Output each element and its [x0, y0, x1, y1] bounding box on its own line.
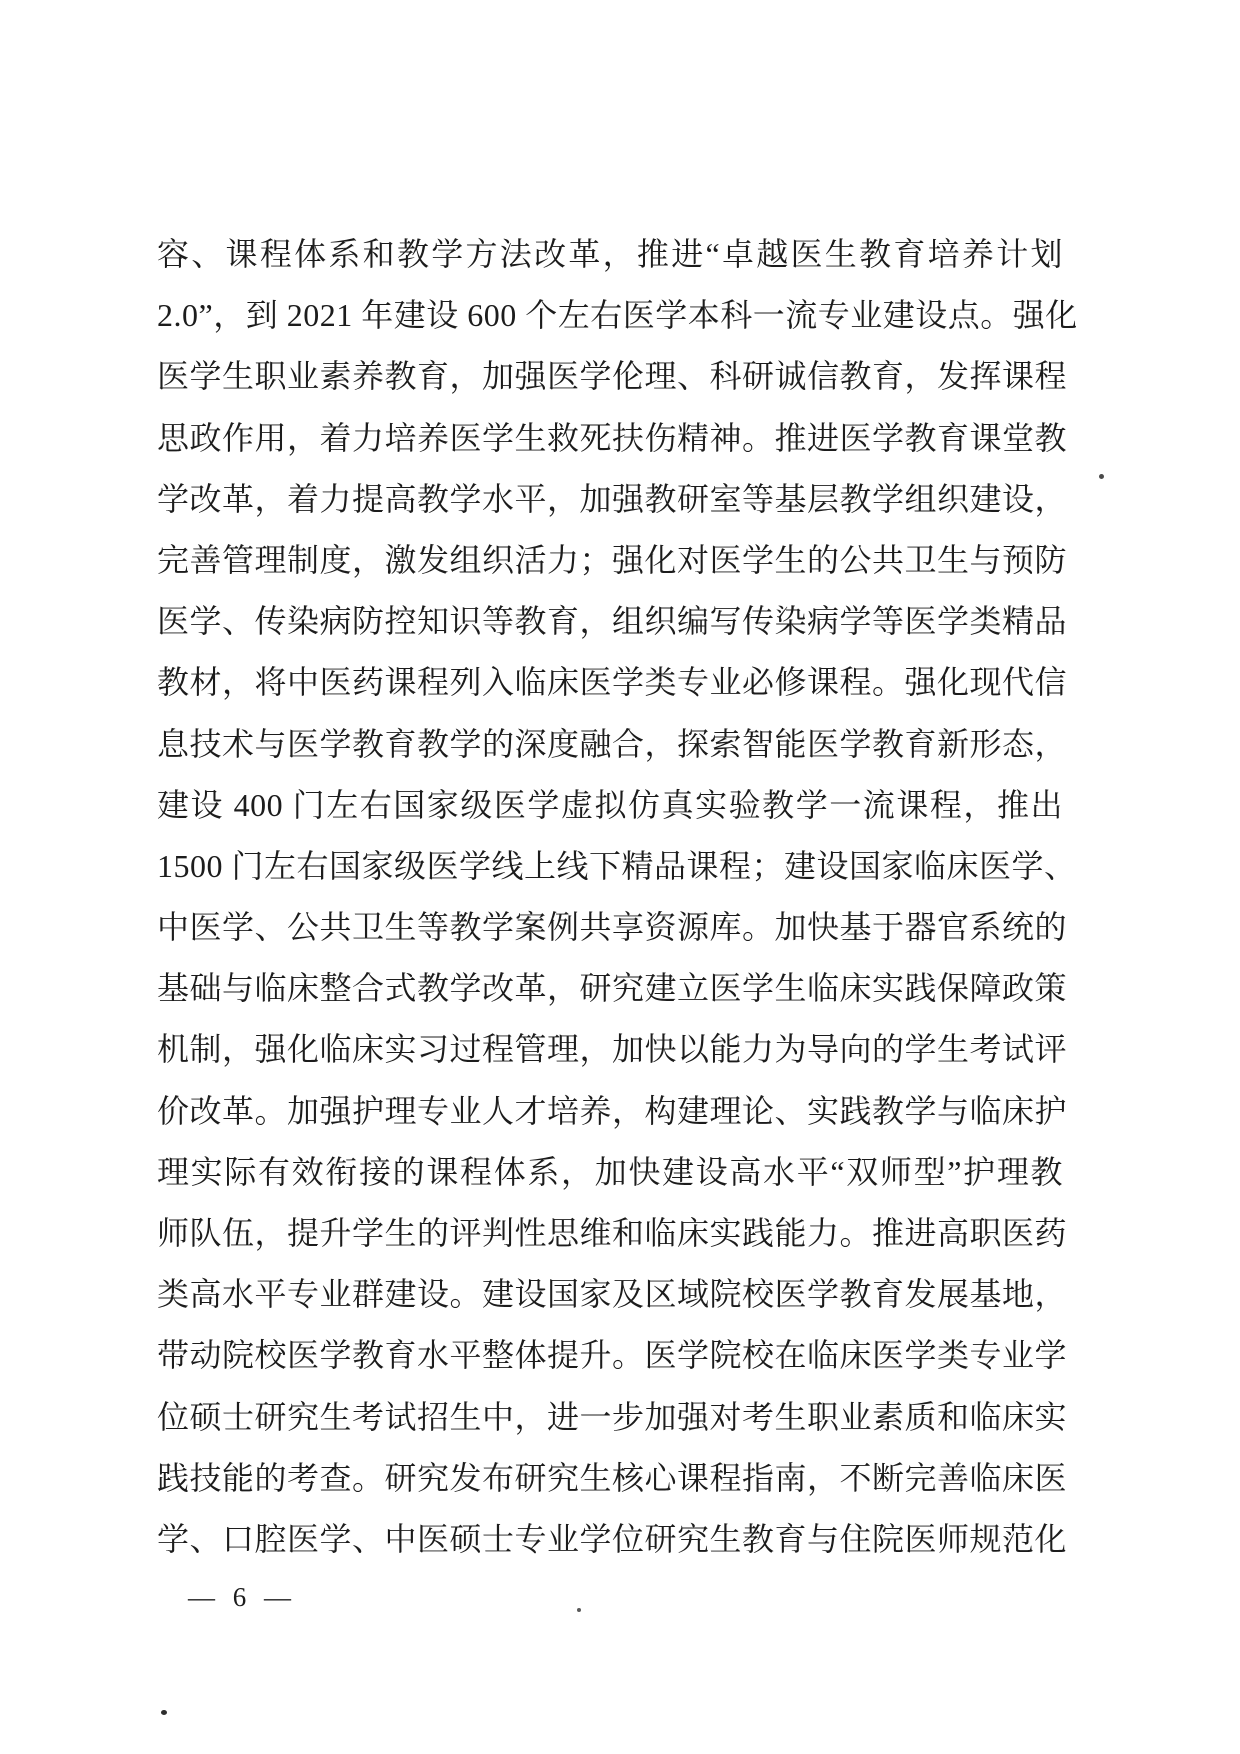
- text-line: 医学生职业素养教育，加强医学伦理、科研诚信教育，发挥课程: [157, 346, 1063, 407]
- text-line: 机制，强化临床实习过程管理，加快以能力为导向的学生考试评: [157, 1019, 1063, 1080]
- text-line: 带动院校医学教育水平整体提升。医学院校在临床医学类专业学: [157, 1325, 1063, 1386]
- text-line: 思政作用，着力培养医学生救死扶伤精神。推进医学教育课堂教: [157, 408, 1063, 469]
- text-line: 学改革，着力提高教学水平，加强教研室等基层教学组织建设，: [157, 469, 1063, 530]
- text-line: 1500 门左右国家级医学线上线下精品课程；建设国家临床医学、: [157, 836, 1063, 897]
- body-text: 容、课程体系和教学方法改革，推进“卓越医生教育培养计划 2.0”，到 2021 …: [157, 224, 1063, 1570]
- text-line: 中医学、公共卫生等教学案例共享资源库。加快基于器官系统的: [157, 897, 1063, 958]
- text-line: 位硕士研究生考试招生中，进一步加强对考生职业素质和临床实: [157, 1387, 1063, 1448]
- scanned-document-page: 容、课程体系和教学方法改革，推进“卓越医生教育培养计划 2.0”，到 2021 …: [0, 0, 1240, 1754]
- text-line: 价改革。加强护理专业人才培养，构建理论、实践教学与临床护: [157, 1081, 1063, 1142]
- text-line: 践技能的考查。研究发布研究生核心课程指南，不断完善临床医: [157, 1448, 1063, 1509]
- scan-speck: [1099, 474, 1104, 479]
- page-number: — 6 —: [188, 1582, 291, 1613]
- text-line: 学、口腔医学、中医硕士专业学位研究生教育与住院医师规范化: [157, 1509, 1063, 1570]
- scan-speck: [577, 1608, 581, 1612]
- text-line: 容、课程体系和教学方法改革，推进“卓越医生教育培养计划: [157, 224, 1063, 285]
- text-line: 理实际有效衔接的课程体系，加快建设高水平“双师型”护理教: [157, 1142, 1063, 1203]
- text-line: 医学、传染病防控知识等教育，组织编写传染病学等医学类精品: [157, 591, 1063, 652]
- text-line: 基础与临床整合式教学改革，研究建立医学生临床实践保障政策: [157, 958, 1063, 1019]
- scan-speck: [161, 1710, 167, 1715]
- text-line: 完善管理制度，激发组织活力；强化对医学生的公共卫生与预防: [157, 530, 1063, 591]
- text-line: 类高水平专业群建设。建设国家及区域院校医学教育发展基地，: [157, 1264, 1063, 1325]
- text-line: 师队伍，提升学生的评判性思维和临床实践能力。推进高职医药: [157, 1203, 1063, 1264]
- text-line: 教材，将中医药课程列入临床医学类专业必修课程。强化现代信: [157, 652, 1063, 713]
- text-line: 2.0”，到 2021 年建设 600 个左右医学本科一流专业建设点。强化: [157, 285, 1063, 346]
- text-line: 建设 400 门左右国家级医学虚拟仿真实验教学一流课程，推出: [157, 775, 1063, 836]
- text-line: 息技术与医学教育教学的深度融合，探索智能医学教育新形态，: [157, 714, 1063, 775]
